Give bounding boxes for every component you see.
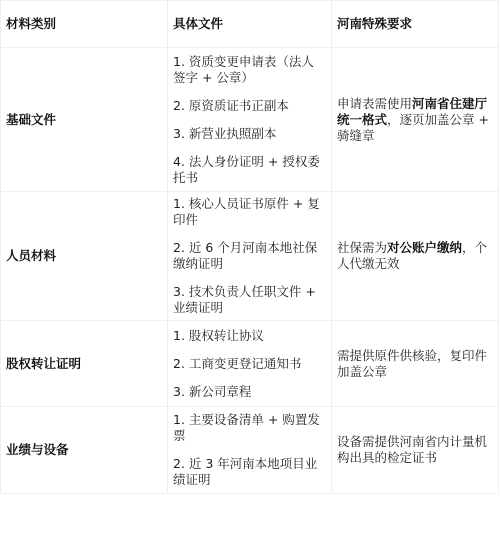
files-cell: 1. 股权转让协议 2. 工商变更登记通知书 3. 新公司章程 bbox=[168, 321, 332, 407]
header-row: 材料类别 具体文件 河南特殊要求 bbox=[1, 1, 499, 48]
category-cell: 基础文件 bbox=[1, 48, 168, 192]
file-item: 4. 法人身份证明 + 授权委托书 bbox=[173, 154, 326, 186]
header-category: 材料类别 bbox=[1, 1, 168, 48]
file-item: 2. 原资质证书正副本 bbox=[173, 98, 326, 114]
requirement-cell: 需提供原件供核验，复印件加盖公章 bbox=[332, 321, 499, 407]
requirement-cell: 社保需为对公账户缴纳，个人代缴无效 bbox=[332, 192, 499, 321]
requirements-table: 材料类别 具体文件 河南特殊要求 基础文件 1. 资质变更申请表（法人签字 + … bbox=[0, 0, 499, 494]
table-row: 基础文件 1. 资质变更申请表（法人签字 + 公章） 2. 原资质证书正副本 3… bbox=[1, 48, 499, 192]
file-item: 2. 近 3 年河南本地项目业绩证明 bbox=[173, 456, 326, 488]
requirement-text: 需提供原件供核验，复印件加盖公章 bbox=[337, 348, 487, 379]
files-cell: 1. 核心人员证书原件 + 复印件 2. 近 6 个月河南本地社保缴纳证明 3.… bbox=[168, 192, 332, 321]
files-cell: 1. 资质变更申请表（法人签字 + 公章） 2. 原资质证书正副本 3. 新营业… bbox=[168, 48, 332, 192]
file-item: 1. 主要设备清单 + 购置发票 bbox=[173, 412, 326, 444]
file-item: 3. 新公司章程 bbox=[173, 384, 326, 400]
file-item: 3. 新营业执照副本 bbox=[173, 126, 326, 142]
category-cell: 业绩与设备 bbox=[1, 407, 168, 494]
files-cell: 1. 主要设备清单 + 购置发票 2. 近 3 年河南本地项目业绩证明 bbox=[168, 407, 332, 494]
file-item: 2. 近 6 个月河南本地社保缴纳证明 bbox=[173, 240, 326, 272]
file-item: 1. 股权转让协议 bbox=[173, 328, 326, 344]
table-row: 人员材料 1. 核心人员证书原件 + 复印件 2. 近 6 个月河南本地社保缴纳… bbox=[1, 192, 499, 321]
requirement-text: 设备需提供河南省内计量机构出具的检定证书 bbox=[337, 434, 487, 465]
requirement-text: 社保需为 bbox=[337, 240, 387, 255]
requirement-cell: 申请表需使用河南省住建厅统一格式，逐页加盖公章 + 骑缝章 bbox=[332, 48, 499, 192]
requirement-cell: 设备需提供河南省内计量机构出具的检定证书 bbox=[332, 407, 499, 494]
header-henan-requirements: 河南特殊要求 bbox=[332, 1, 499, 48]
file-item: 1. 资质变更申请表（法人签字 + 公章） bbox=[173, 54, 326, 86]
table-row: 业绩与设备 1. 主要设备清单 + 购置发票 2. 近 3 年河南本地项目业绩证… bbox=[1, 407, 499, 494]
requirement-text: 申请表需使用 bbox=[337, 96, 412, 111]
table-row: 股权转让证明 1. 股权转让协议 2. 工商变更登记通知书 3. 新公司章程 需… bbox=[1, 321, 499, 407]
file-item: 2. 工商变更登记通知书 bbox=[173, 356, 326, 372]
file-item: 3. 技术负责人任职文件 + 业绩证明 bbox=[173, 284, 326, 316]
file-item: 1. 核心人员证书原件 + 复印件 bbox=[173, 196, 326, 228]
category-cell: 人员材料 bbox=[1, 192, 168, 321]
requirement-emphasis: 对公账户缴纳 bbox=[387, 240, 462, 255]
header-files: 具体文件 bbox=[168, 1, 332, 48]
category-cell: 股权转让证明 bbox=[1, 321, 168, 407]
